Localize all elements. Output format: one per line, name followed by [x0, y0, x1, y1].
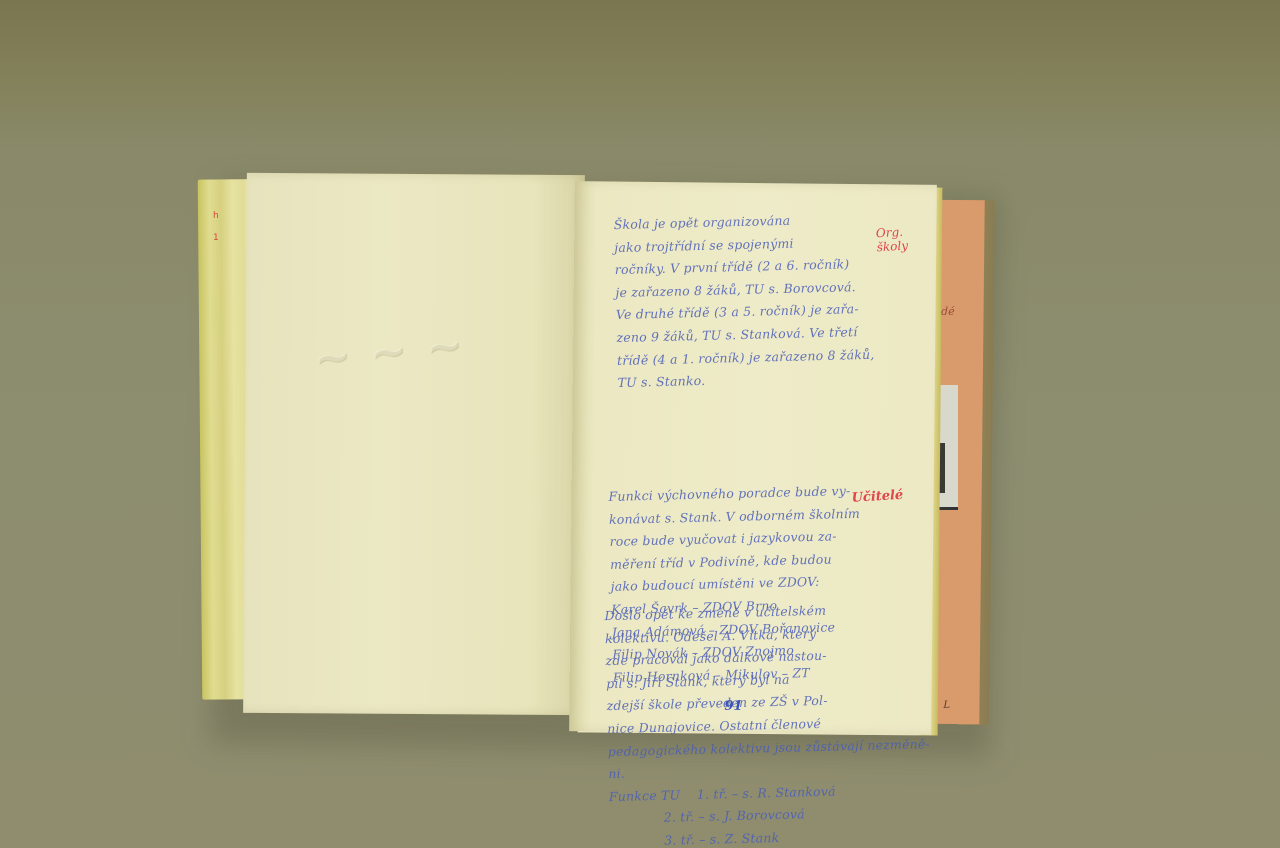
edge-mark-2: 1: [213, 227, 219, 249]
inserted-photo-edge: [938, 385, 958, 510]
paragraph-organization: Škola je opět organizována jako trojtříd…: [613, 208, 875, 395]
embossed-impression: ~ ~ ~: [311, 314, 516, 393]
margin-note-ucitele: Učitelé: [851, 488, 903, 506]
edge-mark-1: h: [213, 205, 219, 227]
photo-scene: ldé e L ~ ~ ~ h 1 Škola je opět organizo…: [0, 0, 1280, 848]
page-number: 91: [724, 699, 742, 714]
left-page: ~ ~ ~: [243, 173, 585, 715]
margin-note-org-skoly: Org. školy: [876, 223, 938, 255]
cover-label-bottom: L: [943, 700, 950, 711]
paragraph-teachers: Došlo opět ke změně v učitelském kolekti…: [604, 597, 932, 848]
left-edge-marks: h 1: [213, 205, 219, 249]
right-page: Škola je opět organizována jako trojtříd…: [569, 181, 937, 735]
